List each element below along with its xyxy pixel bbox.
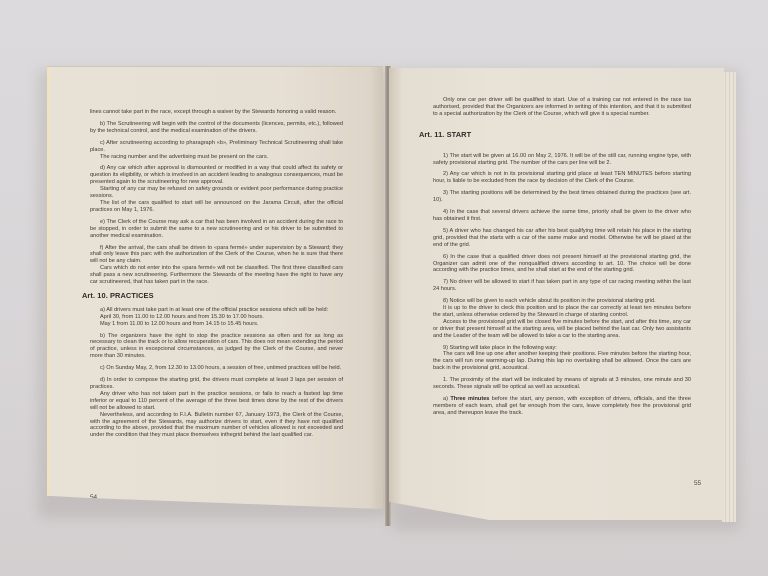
paragraph: lines cannot take part in the race, exce… <box>90 109 343 116</box>
paragraph: The list of the cars qualified to start … <box>90 200 343 214</box>
practice-schedule-line: May 1 from 11.00 to 12.00 hours and from… <box>90 321 343 328</box>
paragraph: It is up to the driver to cleck this pos… <box>433 305 691 319</box>
paragraph: Any driver who has not taken part in the… <box>90 391 343 412</box>
paragraph: The racing number and the advertising mu… <box>90 154 343 161</box>
section-heading-art11: Art. 11. START <box>419 132 691 139</box>
paragraph-d: d) Any car which after approval is dismo… <box>90 165 343 186</box>
paragraph: Access to the provisional grid will be c… <box>433 319 691 340</box>
start-item-6: 6) In the case that a qualified driver d… <box>433 254 691 275</box>
page-number: 55 <box>694 481 701 488</box>
section-heading-art10: Art. 10. PRACTICES <box>82 293 343 300</box>
paragraph: Starting of any car may be refused on sa… <box>90 186 343 200</box>
paragraph-f: f) After the arrival, the cars shall be … <box>90 245 343 266</box>
left-page: lines cannot take part in the race, exce… <box>47 66 383 509</box>
art10-paragraph-a: a) All drivers must take part in at leas… <box>90 307 343 314</box>
practice-schedule-line: April 30, from 11.00 to 12.00 hours and … <box>90 314 343 321</box>
paragraph: Nevertheless, and according to F.I.A. Bu… <box>90 412 343 440</box>
paragraph-b: b) The Scrutineering will begin with the… <box>90 121 343 135</box>
paragraph: Cars which do not enter into the «para f… <box>90 265 343 286</box>
art10-paragraph-c: c) On Sunday May, 2, from 12.30 to 13.00… <box>90 365 343 372</box>
bold-phrase: Three minutes <box>450 396 489 402</box>
start-item-5: 5) A driver who has changed his car afte… <box>433 228 691 249</box>
paragraph: The cars will line up one after another … <box>433 351 691 372</box>
page-stack-edge <box>722 72 736 522</box>
start-item-1: 1) The start will be given at 16.00 on M… <box>433 153 691 167</box>
left-page-text: lines cannot take part in the race, exce… <box>90 109 343 444</box>
signals-item: 1. The proximity of the start will be in… <box>433 377 691 391</box>
right-page: Only one car per driver will be qualifie… <box>389 68 724 520</box>
start-item-4: 4) In the case that several drivers achi… <box>433 209 691 223</box>
start-item-3: 3) The starting positions will be determ… <box>433 190 691 204</box>
paragraph-c: c) After scrutineering according to phar… <box>90 140 343 154</box>
start-item-2: 2) Any car which is not in its provision… <box>433 171 691 185</box>
start-item-9: 9) Starting will take place in the follo… <box>433 345 691 352</box>
paragraph: Only one car per driver will be qualifie… <box>433 97 691 118</box>
art10-paragraph-d: d) In order to compose the starting grid… <box>90 377 343 391</box>
paragraph-e: e) The Clerk of the Course may ask a car… <box>90 219 343 240</box>
start-item-a: a) Three minutes before the start, any p… <box>433 396 691 417</box>
start-item-8: 8) Notice will be given to each vehicle … <box>433 298 691 305</box>
art10-paragraph-b: b) The organizers have the right to stop… <box>90 333 343 361</box>
start-item-7: 7) No driver will be allowed to start if… <box>433 279 691 293</box>
right-page-text: Only one car per driver will be qualifie… <box>433 97 691 422</box>
